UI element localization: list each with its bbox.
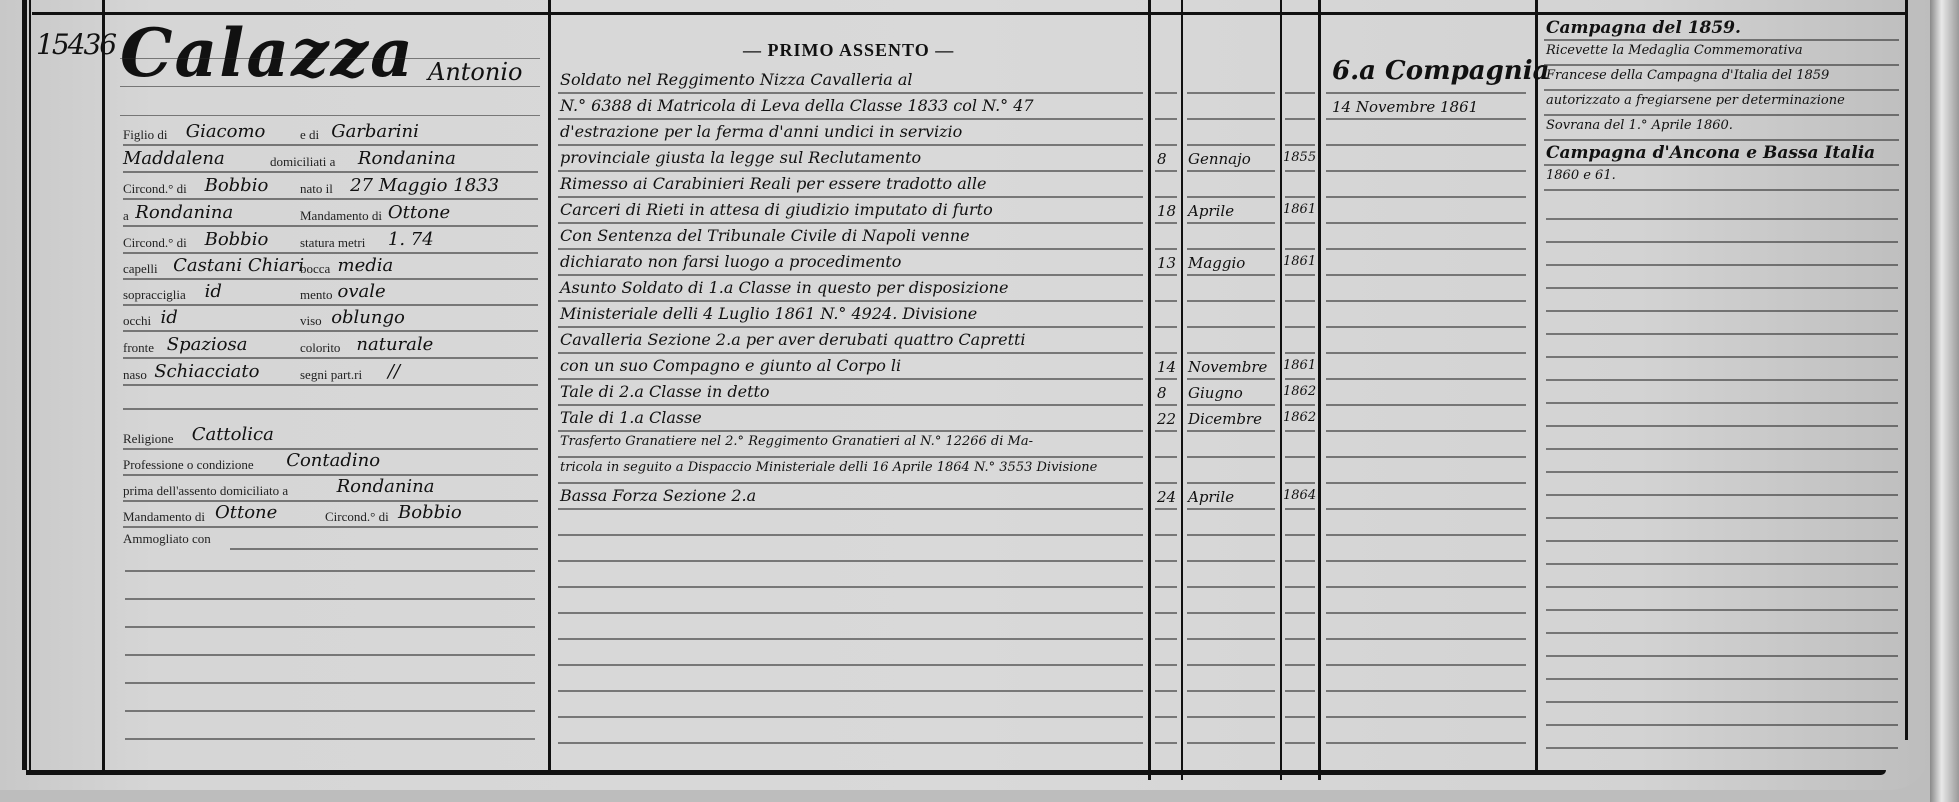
ruled-line (1187, 378, 1275, 380)
ruled-line (1155, 144, 1177, 146)
ruled-line (1326, 638, 1526, 640)
ruled-line (1285, 222, 1315, 224)
field-label: sopracciglia (123, 287, 186, 303)
field-value: Contadino (286, 450, 380, 471)
ruled-line (1326, 742, 1526, 744)
service-year: 1862 (1283, 410, 1316, 425)
ruled-line (1326, 274, 1526, 276)
service-entry: Soldato nel Reggimento Nizza Cavalleria … (560, 70, 913, 89)
ruled-line (123, 384, 538, 386)
ruled-line (1155, 352, 1177, 354)
field-value: Cattolica (192, 424, 274, 445)
ruled-line (1546, 632, 1898, 634)
field-label: e di (300, 127, 319, 143)
ruled-line (1187, 612, 1275, 614)
field-value: Bobbio (205, 229, 269, 250)
field-label: viso (300, 313, 322, 329)
field-label: Professione o condizione (123, 457, 254, 473)
service-entry: d'estrazione per la ferma d'anni undici … (560, 122, 962, 141)
campaign-note: Campagna del 1859. (1546, 18, 1741, 38)
service-entry: Tale di 1.a Classe (560, 408, 702, 427)
field-label: capelli (123, 261, 158, 277)
service-entry: Con Sentenza del Tribunale Civile di Nap… (560, 226, 970, 245)
ruled-line (1285, 716, 1315, 718)
field-value: Bobbio (205, 175, 269, 196)
ruled-line (1544, 139, 1899, 141)
field-value: Spaziosa (167, 334, 248, 355)
service-year: 1855 (1283, 150, 1316, 165)
service-month: Giugno (1188, 384, 1243, 402)
service-entry: Cavalleria Sezione 2.a per aver derubati… (560, 330, 1026, 349)
field-value: Bobbio (398, 502, 462, 523)
ruled-line (558, 144, 1143, 146)
ruled-line (558, 482, 1143, 484)
field-label: a (123, 208, 129, 224)
ruled-line (1187, 326, 1275, 328)
ruled-line (558, 560, 1143, 562)
field-label: segni part.ri (300, 367, 362, 383)
ruled-line (1187, 404, 1275, 406)
ruled-line (123, 474, 538, 476)
ruled-line (1546, 264, 1898, 266)
ruled-line (230, 548, 538, 550)
ruled-line (1326, 248, 1526, 250)
service-month: Gennajo (1188, 150, 1251, 168)
campaign-note: Sovrana del 1.° Aprile 1860. (1546, 118, 1733, 133)
ruled-line (1187, 248, 1275, 250)
field-label: colorito (300, 340, 340, 356)
ruled-line (1285, 170, 1315, 172)
ruled-line (1285, 586, 1315, 588)
ruled-line (123, 526, 538, 528)
ruled-line (1326, 586, 1526, 588)
ruled-line (1285, 508, 1315, 510)
service-day: 22 (1157, 410, 1176, 428)
ruled-line (123, 330, 538, 332)
ruled-line (1187, 690, 1275, 692)
ruled-line (558, 664, 1143, 666)
service-entry: provinciale giusta la legge sul Reclutam… (560, 148, 921, 167)
ruled-line (1155, 222, 1177, 224)
ruled-line (558, 196, 1143, 198)
ruled-line (1285, 690, 1315, 692)
ruled-line (1546, 402, 1898, 404)
ruled-line (1155, 716, 1177, 718)
ruled-line (1155, 404, 1177, 406)
field-value: Rondanina (135, 202, 233, 223)
service-entry: dichiarato non farsi luogo a procediment… (560, 252, 901, 271)
field-value: // (388, 361, 400, 382)
campaign-note: Ricevette la Medaglia Commemorativa (1546, 43, 1803, 58)
ruled-line (558, 456, 1143, 458)
field-label: Circond.° di (123, 181, 187, 197)
register-number: 15436 (36, 28, 115, 61)
ruled-line (1544, 64, 1899, 66)
ruled-line (1546, 701, 1898, 703)
field-value: Ottone (388, 202, 450, 223)
field-label: Circond.° di (325, 509, 389, 525)
campaign-note: Francese della Campagna d'Italia del 185… (1546, 68, 1829, 83)
ruled-line (123, 357, 538, 359)
ruled-line (123, 278, 538, 280)
service-entry: con un suo Compagno e giunto al Corpo li (560, 356, 901, 375)
ruled-line (1326, 352, 1526, 354)
field-label: domiciliati a (270, 154, 335, 170)
ruled-line (1187, 430, 1275, 432)
ruled-line (1326, 534, 1526, 536)
ruled-line (1285, 378, 1315, 380)
field-value: ovale (338, 281, 386, 302)
ruled-line (558, 170, 1143, 172)
ruled-line (558, 248, 1143, 250)
ruled-line (1326, 664, 1526, 666)
ruled-line (558, 690, 1143, 692)
ruled-line (1187, 560, 1275, 562)
ruled-line (1326, 144, 1526, 146)
ruled-line (558, 326, 1143, 328)
ruled-line (1544, 164, 1899, 166)
ruled-line (1285, 144, 1315, 146)
field-value: Rondanina (337, 476, 435, 497)
field-label: Mandamento di (123, 509, 205, 525)
ruled-line (1187, 196, 1275, 198)
field-value: Garbarini (331, 121, 419, 142)
service-column-right (1148, 0, 1151, 780)
ruled-line (1187, 170, 1275, 172)
service-day: 13 (1157, 254, 1176, 272)
field-label: prima dell'assento domiciliato a (123, 483, 288, 499)
ruled-line (1155, 118, 1177, 120)
ruled-line (558, 742, 1143, 744)
campaign-note: 1860 e 61. (1546, 168, 1616, 183)
ruled-line (1285, 248, 1315, 250)
ruled-line (1285, 482, 1315, 484)
ruled-line (1187, 508, 1275, 510)
service-entry: Ministeriale delli 4 Luglio 1861 N.° 492… (560, 304, 977, 323)
section-title: — PRIMO ASSENTO — (743, 40, 954, 61)
ruled-line (1155, 560, 1177, 562)
ruled-line (123, 198, 538, 200)
campaign-note: autorizzato a fregiarsene per determinaz… (1546, 93, 1845, 108)
ruled-line (1187, 482, 1275, 484)
left-border (22, 0, 27, 770)
ruled-line (1546, 425, 1898, 427)
ruled-line (1546, 586, 1898, 588)
ruled-line (1285, 196, 1315, 198)
ruled-line (558, 404, 1143, 406)
ruled-line (123, 225, 538, 227)
campaign-note: Campagna d'Ancona e Bassa Italia (1546, 143, 1875, 163)
year-column-right (1318, 0, 1321, 780)
company-column-right (1535, 0, 1538, 775)
ruled-line (1187, 144, 1275, 146)
field-value: Maddalena (123, 148, 225, 169)
service-year: 1864 (1283, 488, 1316, 503)
ruled-line (1546, 517, 1898, 519)
field-label: fronte (123, 340, 154, 356)
ruled-line (123, 252, 538, 254)
ruled-line (1155, 586, 1177, 588)
ruled-line (1155, 170, 1177, 172)
ruled-line (1326, 690, 1526, 692)
ruled-line (1155, 456, 1177, 458)
ruled-line (1187, 352, 1275, 354)
ruled-line (1155, 326, 1177, 328)
ruled-line (1187, 92, 1275, 94)
ruled-line (558, 534, 1143, 536)
service-entry: Rimesso ai Carabinieri Reali per essere … (560, 174, 986, 193)
number-column-divider (29, 0, 31, 770)
ruled-line (1326, 456, 1526, 458)
service-entry: Trasferto Granatiere nel 2.° Reggimento … (560, 434, 1033, 449)
ruled-line (123, 500, 538, 502)
ruled-line (125, 682, 535, 684)
field-value: Schiacciato (154, 361, 259, 382)
field-label: nato il (300, 181, 333, 197)
ruled-line (1285, 300, 1315, 302)
ruled-line (1155, 196, 1177, 198)
ruled-line (1546, 218, 1898, 220)
ruled-line (1285, 430, 1315, 432)
service-day: 8 (1157, 150, 1167, 168)
ruled-line (1187, 274, 1275, 276)
field-value: 27 Maggio 1833 (350, 175, 499, 196)
ruled-line (125, 626, 535, 628)
service-day: 8 (1157, 384, 1167, 402)
ruled-line (1285, 92, 1315, 94)
service-entry: Bassa Forza Sezione 2.a (560, 486, 756, 505)
field-label: bocca (300, 261, 330, 277)
given-name: Antonio (428, 58, 522, 86)
ruled-line (1285, 326, 1315, 328)
ruled-line (1285, 560, 1315, 562)
ruled-line (1546, 333, 1898, 335)
ruled-line (1285, 534, 1315, 536)
service-month: Maggio (1188, 254, 1245, 272)
ruled-line (1155, 664, 1177, 666)
ruled-line (1155, 92, 1177, 94)
ruled-line (1326, 222, 1526, 224)
ruled-line (1326, 612, 1526, 614)
ruled-line (1285, 404, 1315, 406)
day-column-right (1181, 0, 1183, 780)
ruled-line (558, 274, 1143, 276)
ruled-line (1155, 534, 1177, 536)
ruled-line (1187, 664, 1275, 666)
service-month: Novembre (1188, 358, 1267, 376)
ruled-line (1546, 448, 1898, 450)
ruled-line (1546, 241, 1898, 243)
ruled-line (1326, 170, 1526, 172)
ruled-line (1155, 638, 1177, 640)
ruled-line (123, 144, 538, 146)
field-value: 1. 74 (388, 229, 434, 250)
ruled-line (125, 654, 535, 656)
field-label: Religione (123, 431, 174, 447)
ruled-line (1285, 352, 1315, 354)
ruled-line (1285, 118, 1315, 120)
service-entry: Carceri di Rieti in attesa di giudizio i… (560, 200, 993, 219)
ruled-line (1326, 196, 1526, 198)
ruled-line (1326, 326, 1526, 328)
ruled-line (1187, 638, 1275, 640)
ruled-line (1544, 114, 1899, 116)
ruled-line (558, 378, 1143, 380)
ruled-line (125, 738, 535, 740)
ruled-line (558, 430, 1143, 432)
company-name: 6.a Compagnia (1332, 56, 1549, 86)
ruled-line (1187, 456, 1275, 458)
ruled-line (1544, 189, 1899, 191)
ruled-line (1546, 563, 1898, 565)
ruled-line (125, 710, 535, 712)
company-date: 14 Novembre 1861 (1332, 98, 1478, 116)
ruled-line (1155, 742, 1177, 744)
ruled-line (125, 598, 535, 600)
ruled-line (123, 408, 538, 410)
ruled-line (558, 508, 1143, 510)
field-label: Circond.° di (123, 235, 187, 251)
field-value: Giacomo (186, 121, 266, 142)
ruled-line (1544, 39, 1899, 41)
field-label: statura metri (300, 235, 365, 251)
ruled-line (1546, 494, 1898, 496)
ruled-line (1326, 716, 1526, 718)
ruled-line (1546, 471, 1898, 473)
ruled-line (1155, 690, 1177, 692)
ruled-line (1326, 300, 1526, 302)
register-page: 15436 Calazza Antonio — PRIMO ASSENTO — … (0, 0, 1930, 790)
ruled-line (1326, 118, 1526, 120)
field-label: Mandamento di (300, 208, 382, 224)
service-entry: tricola in seguito a Dispaccio Ministeri… (560, 460, 1097, 475)
ruled-line (1326, 92, 1526, 94)
field-label: naso (123, 367, 147, 383)
field-value: id (205, 281, 222, 302)
service-month: Aprile (1188, 202, 1234, 220)
right-border (1905, 0, 1908, 740)
ruled-line (558, 300, 1143, 302)
ruled-line (558, 612, 1143, 614)
ruled-line (123, 304, 538, 306)
ruled-line (1155, 508, 1177, 510)
field-label: Ammogliato con (123, 531, 211, 547)
ruled-line (1546, 379, 1898, 381)
ruled-line (123, 171, 538, 173)
ruled-line (1187, 534, 1275, 536)
ruled-line (1546, 540, 1898, 542)
field-value: oblungo (331, 307, 405, 328)
ruled-line (558, 222, 1143, 224)
service-entry: N.° 6388 di Matricola di Leva della Clas… (560, 96, 1034, 115)
ruled-line (1544, 89, 1899, 91)
month-column-right (1280, 0, 1282, 780)
ruled-line (1326, 430, 1526, 432)
field-value: Castani Chiari (173, 255, 304, 276)
ruled-line (1326, 560, 1526, 562)
field-value: media (338, 255, 394, 276)
ruled-line (1285, 742, 1315, 744)
ruled-line (558, 92, 1143, 94)
service-entry: Asunto Soldato di 1.a Classe in questo p… (560, 278, 1008, 297)
ruled-line (558, 118, 1143, 120)
service-year: 1862 (1283, 384, 1316, 399)
ruled-line (1326, 482, 1526, 484)
ruled-line (1546, 678, 1898, 680)
ruled-line (1155, 300, 1177, 302)
ruled-line (1187, 300, 1275, 302)
service-month: Aprile (1188, 488, 1234, 506)
ruled-line (1285, 664, 1315, 666)
service-year: 1861 (1283, 358, 1316, 373)
ruled-line (1187, 222, 1275, 224)
field-value: Ottone (215, 502, 277, 523)
personal-column-right (548, 0, 551, 775)
ruled-line (1155, 274, 1177, 276)
ruled-line (1326, 508, 1526, 510)
ruled-line (1285, 612, 1315, 614)
ruled-line (1187, 742, 1275, 744)
field-value: Rondanina (358, 148, 456, 169)
service-day: 18 (1157, 202, 1176, 220)
field-value: naturale (356, 334, 433, 355)
service-entry: Tale di 2.a Classe in detto (560, 382, 770, 401)
ruled-line (1546, 655, 1898, 657)
ruled-line (558, 586, 1143, 588)
ruled-line (1285, 638, 1315, 640)
ruled-line (1285, 274, 1315, 276)
ruled-line (125, 570, 535, 572)
ruled-line (1155, 612, 1177, 614)
ruled-line (1546, 609, 1898, 611)
ruled-line (558, 638, 1143, 640)
ruled-line (1326, 404, 1526, 406)
field-label: mento (300, 287, 333, 303)
field-value: id (161, 307, 178, 328)
ruled-line (1546, 287, 1898, 289)
ruled-line (1326, 378, 1526, 380)
ruled-line (1546, 356, 1898, 358)
service-day: 14 (1157, 358, 1176, 376)
service-year: 1861 (1283, 202, 1316, 217)
ruled-line (1155, 430, 1177, 432)
service-day: 24 (1157, 488, 1176, 506)
ruled-line (1285, 456, 1315, 458)
ruled-line (1155, 482, 1177, 484)
ruled-line (1187, 586, 1275, 588)
ruled-line (1155, 248, 1177, 250)
ruled-line (1546, 747, 1898, 749)
ruled-line (1187, 716, 1275, 718)
ruled-line (1155, 378, 1177, 380)
service-month: Dicembre (1188, 410, 1262, 428)
ruled-line (1187, 118, 1275, 120)
service-year: 1861 (1283, 254, 1316, 269)
ruled-line (1546, 724, 1898, 726)
ruled-line (558, 352, 1143, 354)
personal-column-left (102, 0, 105, 770)
field-label: Figlio di (123, 127, 167, 143)
field-label: occhi (123, 313, 151, 329)
ruled-line (1546, 310, 1898, 312)
book-gutter (1930, 0, 1959, 802)
ruled-line (558, 716, 1143, 718)
surname: Calazza (120, 14, 415, 92)
bottom-rule (26, 770, 1886, 775)
